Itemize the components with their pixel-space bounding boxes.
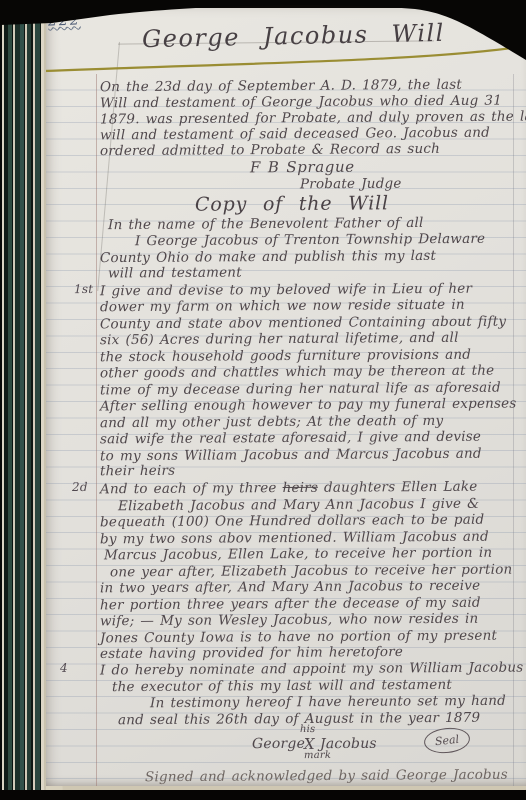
book-top-edge [0, 0, 526, 70]
book-bottom-edge [0, 790, 526, 800]
judge-title: Probate Judge [300, 176, 402, 193]
line-fragment: daughters Ellen Lake [318, 479, 478, 496]
probate-line: ordered admitted to Probate & Record as … [100, 141, 440, 159]
preamble-line: will and testament [108, 265, 242, 282]
will-line: six (56) Acres during her natural lifeti… [100, 330, 459, 349]
attestation-line: Signed and acknowledged by said George J… [145, 767, 508, 786]
will-line: to my sons William Jacobus and Marcus Ja… [100, 446, 482, 465]
will-line: said wife the real estate aforesaid, I g… [100, 429, 481, 448]
testator-first-name: George [252, 736, 305, 752]
will-line: After selling enough however to pay my f… [100, 396, 517, 415]
seal-label: Seal [434, 733, 459, 748]
item-marker: 1st [74, 282, 93, 296]
preamble-line: County Ohio do make and publish this my … [100, 248, 436, 266]
mark-mark-label: mark [304, 750, 331, 761]
will-line: Marcus Jacobus, Ellen Lake, to receive h… [104, 545, 492, 564]
preamble-line: I George Jacobus of Trenton Township Del… [135, 231, 485, 249]
mark-his-label: his [300, 724, 315, 735]
will-line: And to each of my three heirs daughters … [100, 479, 478, 498]
will-line: I do hereby nominate and appoint my son … [100, 660, 523, 679]
will-line: Jones County Iowa is to have no portion … [100, 628, 497, 647]
testimony-line: In testimony hereof I have hereunto set … [150, 693, 506, 711]
line-fragment: And to each of my three [100, 480, 283, 497]
record-book-scan: 222 George Jacobus Will On the 23d day o… [0, 0, 526, 800]
item-marker: 2d [72, 480, 88, 494]
will-line: other goods and chattles which may be th… [100, 363, 494, 382]
will-heading: Copy of the Will [195, 192, 389, 215]
will-line: the executor of this my last will and te… [112, 677, 452, 695]
will-line: their heirs [100, 463, 175, 480]
will-line: dower my farm on which we now reside sit… [100, 297, 465, 316]
item-marker: 4 [60, 661, 68, 675]
struck-word: heirs [283, 480, 319, 496]
preamble-line: In the name of the Benevolent Father of … [108, 215, 424, 233]
book-binding-page-edges [0, 0, 46, 800]
will-line: bequeath (100) One Hundred dollars each … [100, 512, 484, 531]
judge-signature: F B Sprague [250, 158, 355, 177]
will-line: estate having provided for him heretofor… [100, 644, 403, 662]
left-margin-rule [96, 74, 97, 786]
right-margin-rule [513, 74, 514, 786]
will-line: wife; — My son Wesley Jacobus, who now r… [100, 611, 478, 630]
will-line: in two years after, And Mary Ann Jacobus… [100, 578, 480, 597]
